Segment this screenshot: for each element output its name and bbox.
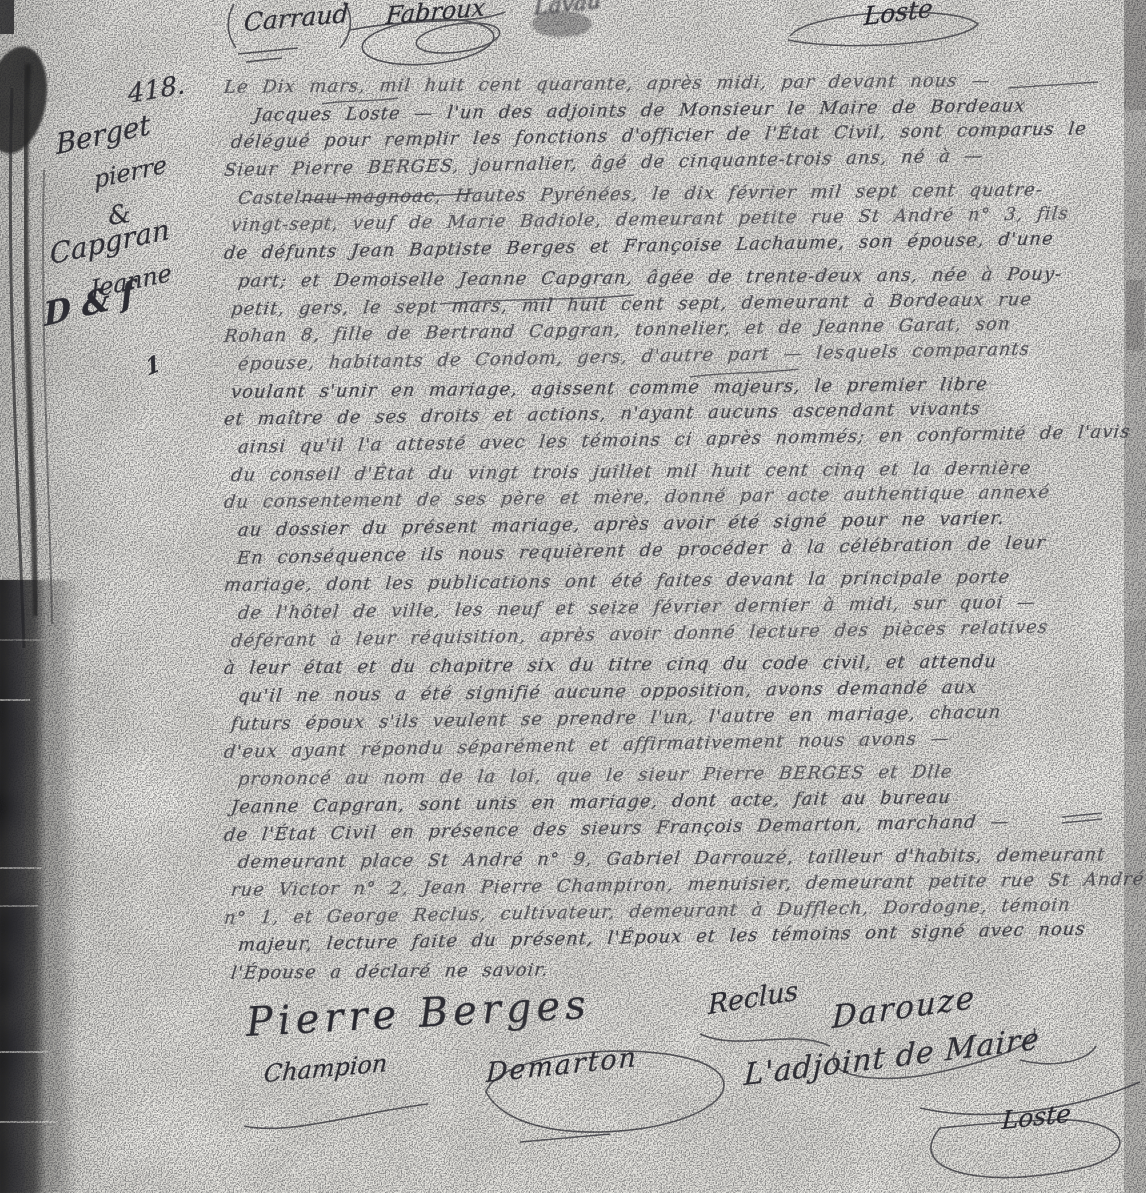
- margin-groom-firstname: pierre: [93, 150, 168, 194]
- signature-darouze: Darouze: [831, 979, 976, 1036]
- binding-shadow: [0, 0, 78, 1193]
- signature-adjoint-du-maire: L'adjoint de Maire: [743, 1021, 1041, 1093]
- signature-loste-bottom: Loste: [1001, 1099, 1072, 1136]
- signature-fabroux: Fabroux: [385, 0, 487, 30]
- document-page: 418. Berget pierre & Capgran Jeanne D & …: [0, 0, 1146, 1193]
- signature-demarton: Demarton: [485, 1042, 638, 1089]
- act-body-text: Le Dix mars, mil huit cent quarante, apr…: [224, 74, 1124, 988]
- signature-champiron: Champion: [263, 1049, 389, 1088]
- signature-illegible: Lavau: [534, 0, 602, 21]
- margin-act-number: 418.: [127, 70, 186, 110]
- margin-groom-surname: Berget: [55, 108, 152, 161]
- signature-loste-top: Loste: [863, 0, 933, 31]
- signature-carraud: Carraud: [243, 0, 349, 37]
- fold-crease: [210, 0, 214, 432]
- margin-tick-mark: 1: [143, 350, 163, 382]
- signature-pierre-berges: Pierre Berges: [245, 982, 592, 1046]
